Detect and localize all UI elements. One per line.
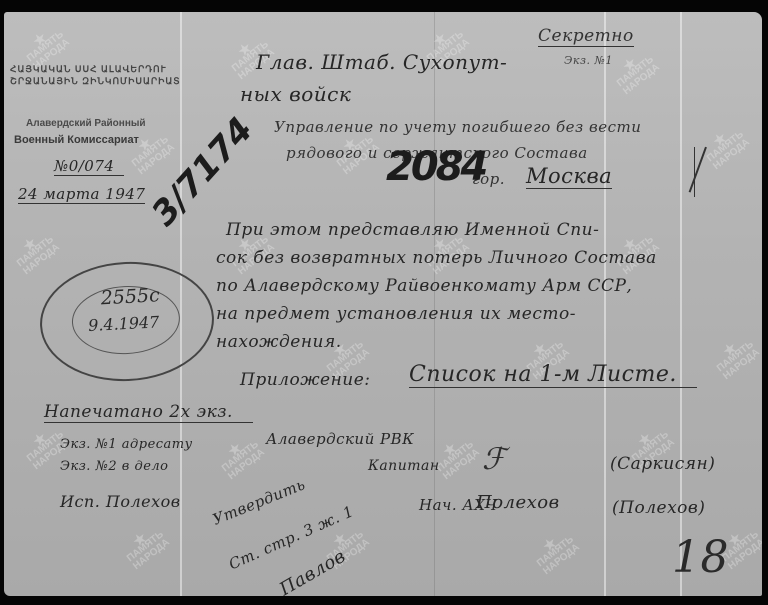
attachment-label: Приложение: — [240, 370, 371, 390]
printed-copies-note: Напечатано 2х экз. — [44, 402, 253, 423]
city-name: Москва — [526, 164, 612, 189]
classification-label: Секретно — [538, 26, 634, 47]
copy1-note: Экз. №1 адресату — [60, 437, 193, 452]
watermark: ★ПАМЯТЬНАРОДА — [9, 227, 62, 277]
signature1: ℱ — [482, 442, 506, 477]
executor-name: Исп. Полехов — [60, 492, 181, 511]
document-page: ★ПАМЯТЬНАРОДА ★ПАМЯТЬНАРОДА ★ПАМЯТЬНАРОД… — [4, 12, 762, 596]
registration-number-large: 2084 — [386, 144, 485, 190]
body-line1: При этом представляю Именной Спи- — [226, 220, 599, 240]
office-name-line1: Алавердский Районный — [26, 118, 146, 129]
addressee-line2: ных войск — [240, 82, 351, 106]
stamp-date: 9.4.1947 — [88, 312, 160, 335]
body-line4: на предмет установления их место- — [216, 304, 576, 324]
addressee-line1: Глав. Штаб. Сухопут- — [256, 50, 507, 74]
page-number: 18 — [672, 532, 729, 583]
copy2-note: Экз. №2 в дело — [60, 459, 169, 474]
stamp-number: 2555с — [100, 284, 160, 309]
check-mark — [694, 147, 735, 197]
watermark: ★ПАМЯТЬНАРОДА — [214, 432, 267, 482]
attachment-text: Список на 1-м Листе. — [409, 362, 697, 388]
registration-number-diagonal: 3/7174 — [144, 110, 261, 234]
body-line3: по Алавердскому Райвоенкомату Арм ССР, — [216, 276, 632, 296]
watermark: ★ПАМЯТЬНАРОДА — [119, 522, 172, 572]
body-line2: сок без возвратных потерь Личного Состав… — [216, 248, 657, 268]
signatory-name1: (Саркисян) — [610, 454, 715, 474]
signatory-org: Алавердский РВК — [266, 430, 414, 448]
outgoing-date: 24 марта 1947 — [18, 185, 145, 204]
signatory-name2: (Полехов) — [612, 498, 705, 518]
addressee-line3: Управление по учету погибшего без вести — [274, 118, 641, 136]
watermark: ★ПАМЯТЬНАРОДА — [429, 432, 482, 482]
paper-fold — [604, 12, 606, 596]
watermark: ★ПАМЯТЬНАРОДА — [709, 332, 762, 382]
watermark: ★ПАМЯТЬНАРОДА — [609, 47, 662, 97]
receipt-stamp: 2555с 9.4.1947 — [37, 258, 217, 386]
copy-number: Экз. №1 — [564, 54, 613, 67]
resolution-text1: Утвердить — [210, 475, 308, 529]
office-name-line2: Военный Комиссариат — [14, 134, 139, 146]
signature2: Полехов — [476, 492, 560, 513]
armenian-stamp-line1: ՀԱՅԿԱԿԱՆ ՍՍՀ ԱԼԱՎԵՐԴՈՒ — [10, 64, 166, 75]
armenian-stamp-line2: ՇՐՋԱՆԱՅԻՆ ԶԻՆԿՈՄԻՍԱՐԻԱՏ — [10, 76, 181, 87]
outgoing-number: №0/074 — [54, 157, 124, 176]
body-line5: нахождения. — [216, 332, 342, 352]
resolution-signature: Павлов — [276, 546, 349, 596]
watermark: ★ПАМЯТЬНАРОДА — [529, 527, 582, 577]
signatory-role1: Капитан — [368, 458, 440, 474]
